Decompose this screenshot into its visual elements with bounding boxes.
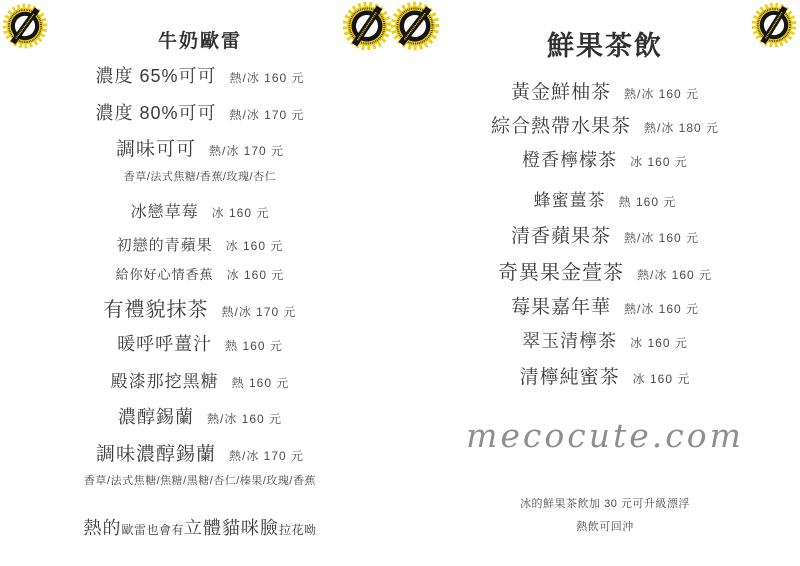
item-price: 熱/冰 160 元 [624,85,699,102]
flavor-note: 香草/法式焦糖/香蕉/玫瑰/杏仁 [55,168,345,184]
menu-item: 暖呼呼薑汁 熱 160 元 [55,330,345,356]
prohibition-badge-icon [388,0,441,53]
item-price: 熱 160 元 [619,193,677,210]
menu-page: 牛奶歐雷 濃度 65%可可 熱/冰 160 元 濃度 80%可可 熱/冰 170… [0,0,800,566]
site-watermark: mecocute.com [455,416,755,455]
item-price: 熱/冰 170 元 [221,303,296,320]
item-price: 熱/冰 170 元 [230,106,305,123]
menu-item: 調味濃醇錫蘭 熱/冰 170 元 [55,439,345,466]
flavor-note-text: 香草/法式焦糖/焦糖/黑糖/杏仁/榛果/玫瑰/香蕉 [84,472,316,488]
item-name: 調味可可 [116,134,196,161]
footer-segment: 拉花呦 [279,521,317,538]
menu-item: 橙香檸檬茶 冰 160 元 [455,146,755,172]
item-price: 熱/冰 160 元 [637,266,712,283]
item-price: 冰 160 元 [226,237,284,254]
item-price: 熱 160 元 [232,374,290,391]
menu-item: 蜂蜜薑茶 熱 160 元 [455,186,755,211]
section-fruit-tea: 鮮果茶飲 黃金鮮柚茶 熱/冰 160 元 綜合熱帶水果茶 熱/冰 180 元 橙… [455,0,755,566]
menu-item: 濃醇錫蘭 熱/冰 160 元 [55,403,345,429]
item-price: 熱/冰 160 元 [624,300,699,317]
site-watermark-text: mecocute.com [466,416,744,455]
footer-segment: 歐雷也會有 [121,521,184,538]
item-name: 暖呼呼薑汁 [117,330,212,356]
section-title: 牛奶歐雷 [55,26,345,53]
item-name: 橙香檸檬茶 [522,146,617,172]
menu-item: 清香蘋果茶 熱/冰 160 元 [455,221,755,248]
section-title-text: 牛奶歐雷 [158,26,242,53]
item-name: 冰戀草莓 [131,199,199,222]
menu-item: 殿漆那挖黑糖 熱 160 元 [55,367,345,392]
menu-item: 黃金鮮柚茶 熱/冰 160 元 [455,77,755,104]
menu-item: 調味可可 熱/冰 170 元 [55,134,345,161]
menu-item: 濃度 65%可可 熱/冰 160 元 [55,62,345,88]
prohibition-badge-icon [339,0,395,54]
item-price: 冰 160 元 [227,266,285,283]
section-title: 鮮果茶飲 [455,24,755,63]
item-name: 蜂蜜薑茶 [534,186,606,211]
footer-note: 熱飲可回沖 [455,518,755,534]
item-name: 濃度 80%可可 [95,99,216,125]
prohibition-badge-icon [747,0,800,52]
footer-note-latte-art: 熱的 歐雷也會有 立體貓咪臉 拉花呦 [55,514,345,540]
menu-item: 翠玉清檸茶 冰 160 元 [455,327,755,353]
item-price: 熱/冰 170 元 [229,447,304,464]
section-milk-au-lait: 牛奶歐雷 濃度 65%可可 熱/冰 160 元 濃度 80%可可 熱/冰 170… [55,0,345,566]
item-price: 熱 160 元 [225,337,283,354]
item-price: 冰 160 元 [633,370,691,387]
item-name: 清香蘋果茶 [511,221,611,248]
menu-item: 初戀的青蘋果 冰 160 元 [55,234,345,255]
footer-segment: 立體貓咪臉 [184,514,279,540]
flavor-note: 香草/法式焦糖/焦糖/黑糖/杏仁/榛果/玫瑰/香蕉 [55,472,345,488]
item-name: 濃醇錫蘭 [118,403,194,429]
menu-item: 莓果嘉年華 熱/冰 160 元 [455,292,755,319]
item-price: 冰 160 元 [630,153,688,170]
menu-item: 清檸純蜜茶 冰 160 元 [455,362,755,389]
flavor-note-text: 香草/法式焦糖/香蕉/玫瑰/杏仁 [124,168,276,184]
item-price: 熱/冰 170 元 [209,142,284,159]
item-price: 熱/冰 180 元 [644,119,719,136]
section-title-text: 鮮果茶飲 [547,24,663,63]
footer-note: 冰的鮮果茶飲加 30 元可升級漂浮 [455,495,755,511]
item-name: 翠玉清檸茶 [522,327,617,353]
item-name: 綜合熱帶水果茶 [491,111,631,138]
menu-item: 濃度 80%可可 熱/冰 170 元 [55,99,345,125]
menu-item: 奇異果金萱茶 熱/冰 160 元 [455,256,755,285]
item-name: 殿漆那挖黑糖 [111,367,219,392]
menu-item: 給你好心情香蕉 冰 160 元 [55,264,345,283]
footer-note-text: 熱飲可回沖 [576,518,634,534]
footer-segment: 熱的 [83,514,121,540]
item-name: 調味濃醇錫蘭 [96,439,216,466]
item-price: 熱/冰 160 元 [207,410,282,427]
item-name: 給你好心情香蕉 [116,264,214,283]
item-price: 冰 160 元 [630,334,688,351]
menu-item: 有禮貌抹茶 熱/冰 170 元 [55,293,345,322]
item-name: 濃度 65%可可 [95,62,216,88]
menu-item: 冰戀草莓 冰 160 元 [55,199,345,222]
item-price: 冰 160 元 [212,204,270,221]
prohibition-badge-icon [0,1,50,52]
item-name: 有禮貌抹茶 [103,293,208,322]
menu-item: 綜合熱帶水果茶 熱/冰 180 元 [455,111,755,138]
item-name: 清檸純蜜茶 [520,362,620,389]
item-price: 熱/冰 160 元 [624,229,699,246]
item-name: 奇異果金萱茶 [498,256,624,285]
item-name: 初戀的青蘋果 [117,234,213,255]
item-price: 熱/冰 160 元 [230,69,305,86]
item-name: 黃金鮮柚茶 [511,77,611,104]
footer-note-text: 冰的鮮果茶飲加 30 元可升級漂浮 [520,495,690,511]
item-name: 莓果嘉年華 [511,292,611,319]
